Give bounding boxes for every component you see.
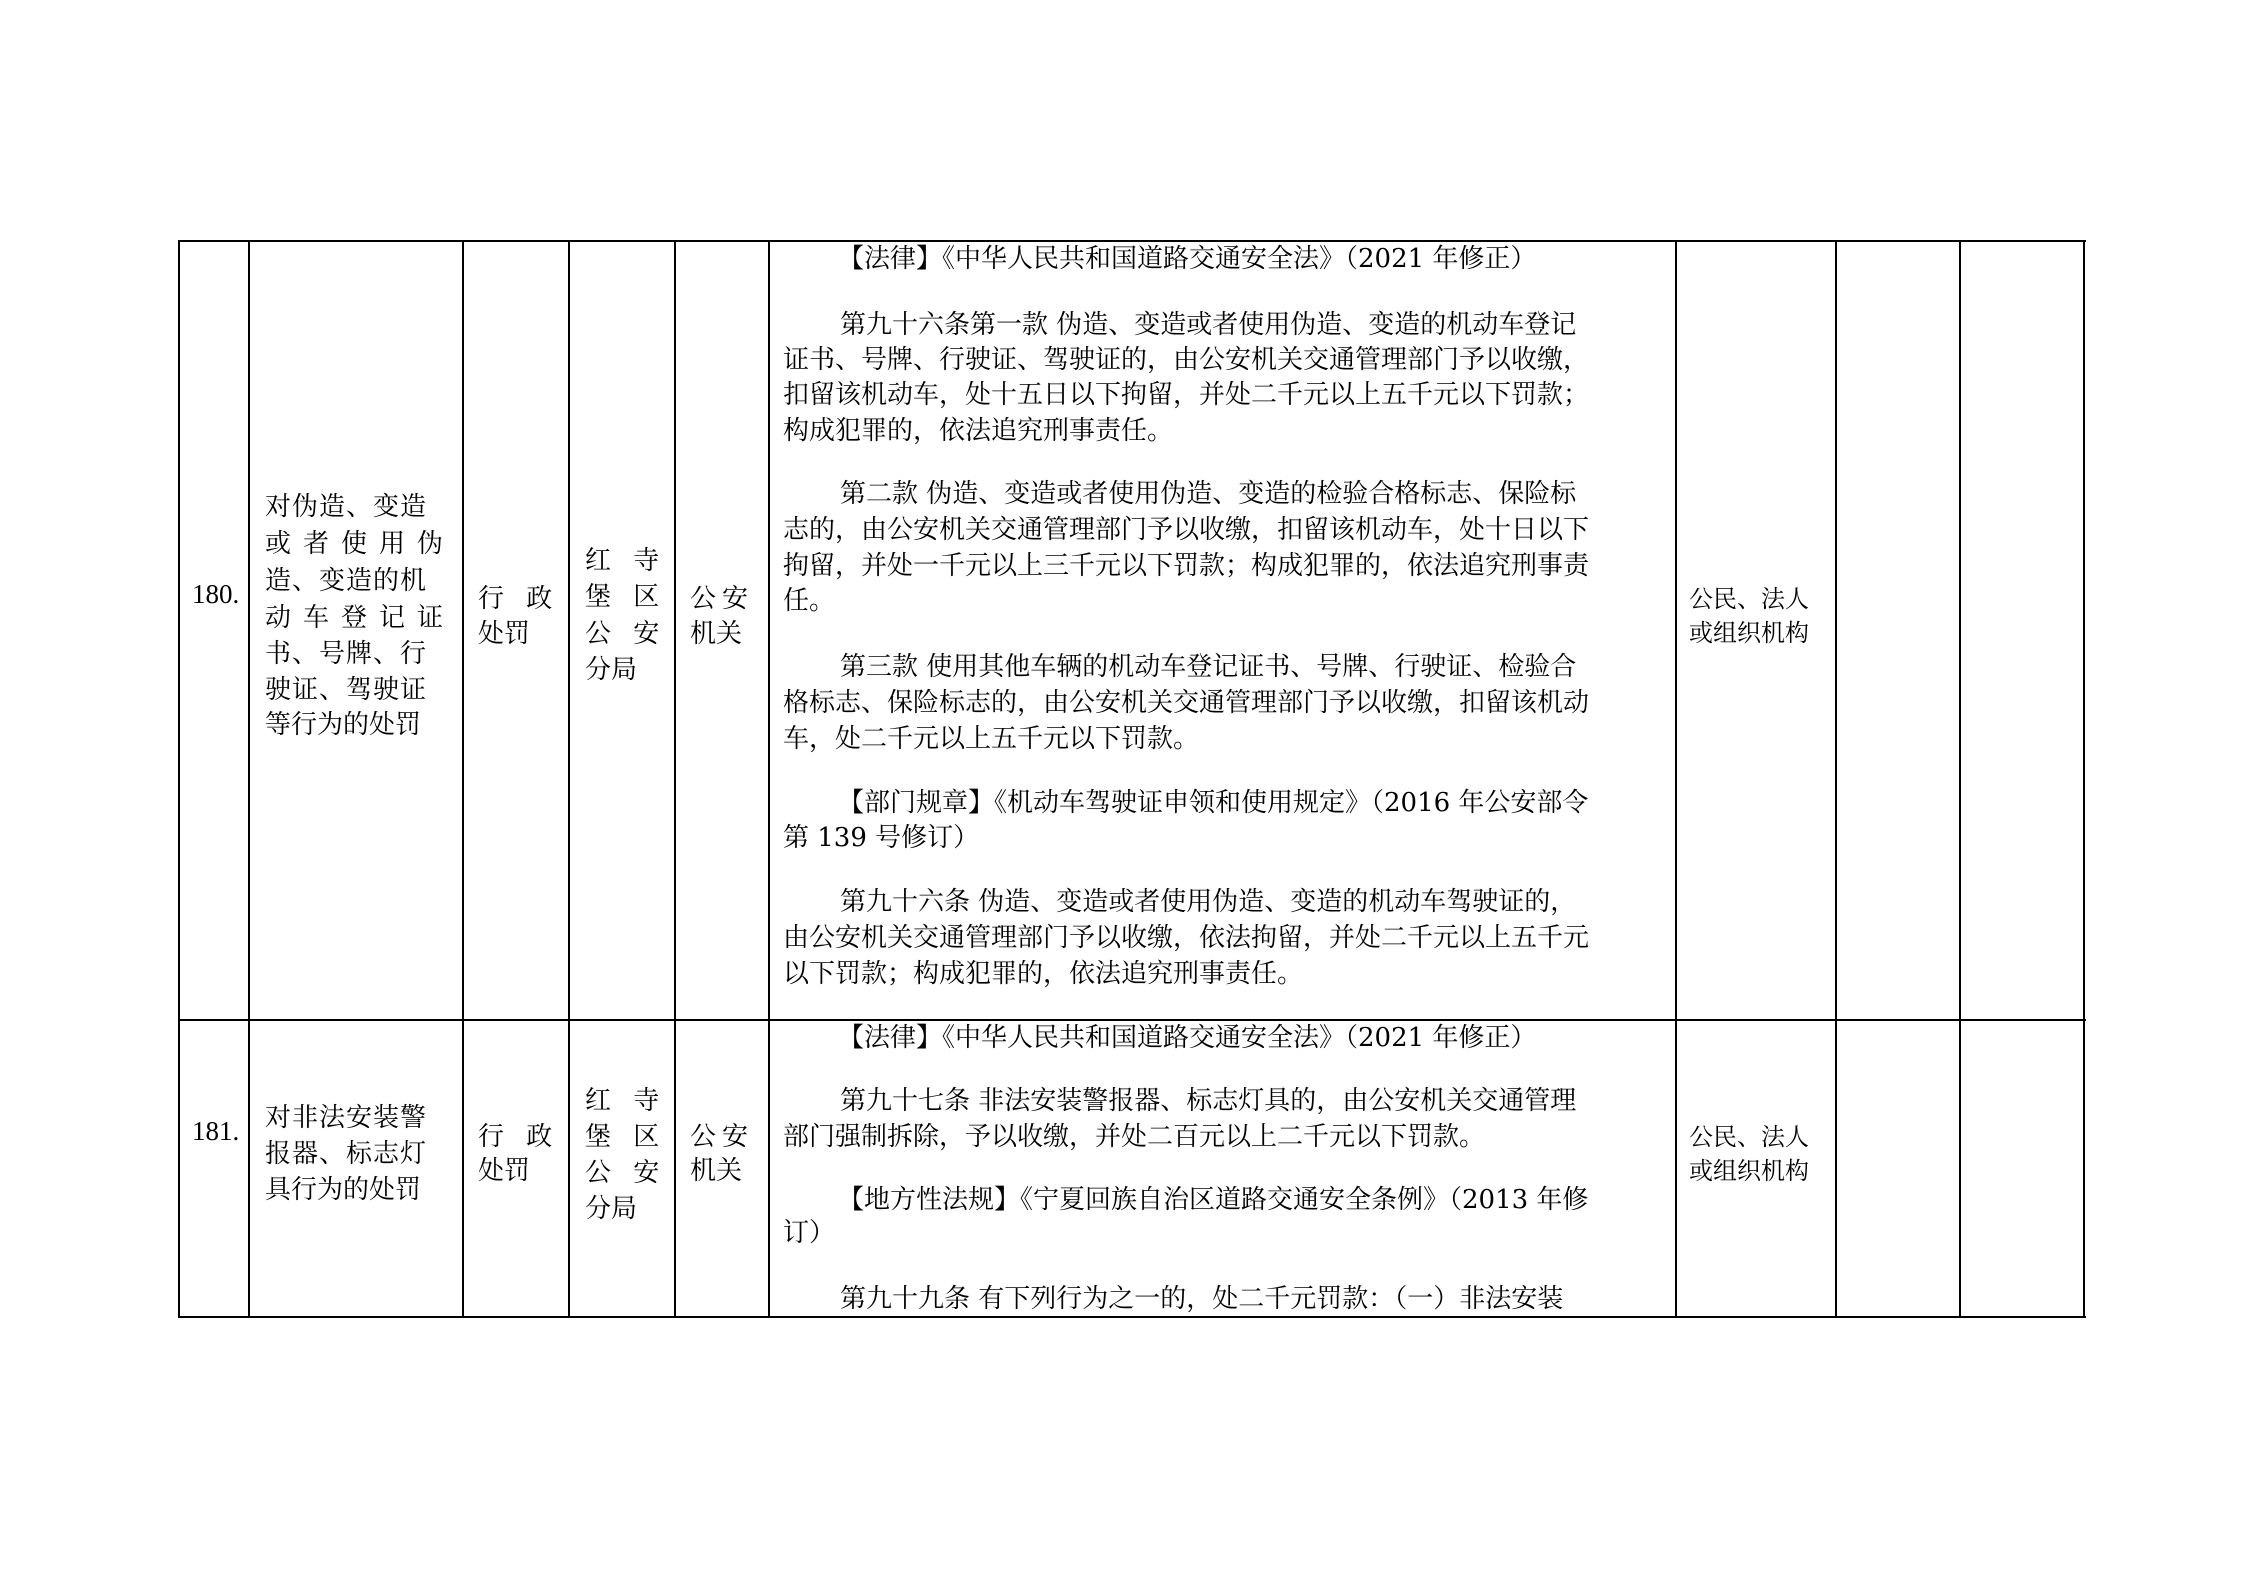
empty-cell-col9 [1961, 1021, 2083, 1316]
target-line: 公民、法人 [1689, 581, 1809, 617]
empty-cell-col8 [1837, 1021, 1959, 1316]
basis-line: 拘留，并处一千元以上三千元以下罚款；构成犯罪的，依法追究刑事责 [783, 548, 1589, 584]
target-line: 公民、法人 [1689, 1119, 1809, 1155]
target-line: 或组织机构 [1689, 615, 1809, 651]
item-name-line: 具行为的处罚 [265, 1172, 421, 1208]
basis-heading: 【法律】《中华人民共和国道路交通安全法》（2021 年修正） [838, 241, 1536, 277]
item-name-line: 对非法安装警 [265, 1100, 427, 1136]
basis-line: 证书、号牌、行驶证、驾驶证的，由公安机关交通管理部门予以收缴， [783, 342, 1589, 378]
department-line: 公 安 [585, 1155, 659, 1191]
table-bottom-border [178, 1316, 2086, 1318]
column-border [568, 240, 570, 1318]
basis-line: 任。 [783, 583, 835, 619]
department-line: 分局 [585, 1191, 637, 1227]
penalty-type-line: 处罚 [478, 616, 530, 652]
penalty-type-line: 行 政 [478, 1119, 552, 1155]
basis-line: 部门强制拆除，予以收缴，并处二百元以上二千元以下罚款。 [783, 1119, 1485, 1155]
item-name-line: 报器、标志灯 [265, 1136, 427, 1172]
column-border [674, 240, 676, 1318]
target-line: 或组织机构 [1689, 1153, 1809, 1189]
authority-line: 公安 [690, 1119, 754, 1155]
row-number: 180. [192, 576, 239, 612]
column-border [248, 240, 250, 1318]
department-line: 分局 [585, 652, 637, 688]
basis-line: 第九十七条 非法安装警报器、标志灯具的，由公安机关交通管理 [840, 1083, 1576, 1119]
authority-line: 机关 [690, 616, 742, 652]
basis-line: 车，处二千元以上五千元以下罚款。 [783, 721, 1199, 757]
basis-line: 第九十六条 伪造、变造或者使用伪造、变造的机动车驾驶证的， [840, 884, 1576, 920]
basis-line: 以下罚款；构成犯罪的，依法追究刑事责任。 [783, 956, 1303, 992]
column-border [2083, 240, 2085, 1318]
legal-basis-cell: 【法律】《中华人民共和国道路交通安全法》（2021 年修正） 第九十七条 非法安… [770, 1021, 1675, 1316]
item-name-line: 或者使用伪 [265, 526, 455, 562]
department-line: 堡 区 [585, 1119, 659, 1155]
column-border [1675, 240, 1677, 1318]
basis-line: 格标志、保险标志的，由公安机关交通管理部门予以收缴，扣留该机动 [783, 685, 1589, 721]
basis-line: 第 139 号修订） [783, 820, 979, 856]
column-border [178, 240, 180, 1318]
department-line: 堡 区 [585, 579, 659, 615]
item-name-line: 等行为的处罚 [265, 707, 421, 743]
authority-line: 机关 [690, 1153, 742, 1189]
empty-cell-col9 [1961, 242, 2083, 1019]
basis-line: 第二款 伪造、变造或者使用伪造、变造的检验合格标志、保险标 [840, 476, 1576, 512]
basis-line: 志的，由公安机关交通管理部门予以收缴，扣留该机动车，处十日以下 [783, 512, 1589, 548]
document-page: 180. 对伪造、变造 或者使用伪 造、变造的机 动车登记证 书、号牌、行 驶证… [0, 0, 2245, 1587]
basis-line: 构成犯罪的，依法追究刑事责任。 [783, 413, 1173, 449]
item-name-line: 造、变造的机 [265, 563, 427, 599]
column-border [462, 240, 464, 1318]
department-line: 红 寺 [585, 1083, 659, 1119]
department-line: 公 安 [585, 616, 659, 652]
basis-heading: 【部门规章】《机动车驾驶证申领和使用规定》（2016 年公安部令 [838, 785, 1588, 821]
empty-cell-col8 [1837, 242, 1959, 1019]
item-name-line: 驶证、驾驶证 [265, 672, 427, 708]
basis-line: 订） [783, 1215, 835, 1251]
basis-line: 扣留该机动车，处十五日以下拘留，并处二千元以上五千元以下罚款； [783, 377, 1589, 413]
authority-line: 公安 [690, 581, 754, 617]
department-line: 红 寺 [585, 543, 659, 579]
basis-line: 第九十九条 有下列行为之一的，处二千元罚款：（一）非法安装 [840, 1281, 1563, 1316]
basis-heading: 【地方性法规】《宁夏回族自治区道路交通安全条例》（2013 年修 [838, 1182, 1588, 1218]
item-name-line: 对伪造、变造 [265, 489, 427, 525]
basis-line: 由公安机关交通管理部门予以收缴，依法拘留，并处二千元以上五千元 [783, 920, 1589, 956]
row-number: 181. [192, 1113, 239, 1149]
basis-line: 第三款 使用其他车辆的机动车登记证书、号牌、行驶证、检验合 [840, 649, 1576, 685]
item-name-line: 动车登记证 [265, 600, 455, 636]
item-name-line: 书、号牌、行 [265, 636, 427, 672]
penalty-type-line: 处罚 [478, 1153, 530, 1189]
penalty-type-line: 行 政 [478, 581, 552, 617]
basis-heading: 【法律】《中华人民共和国道路交通安全法》（2021 年修正） [838, 1021, 1536, 1056]
basis-line: 第九十六条第一款 伪造、变造或者使用伪造、变造的机动车登记 [840, 307, 1576, 343]
